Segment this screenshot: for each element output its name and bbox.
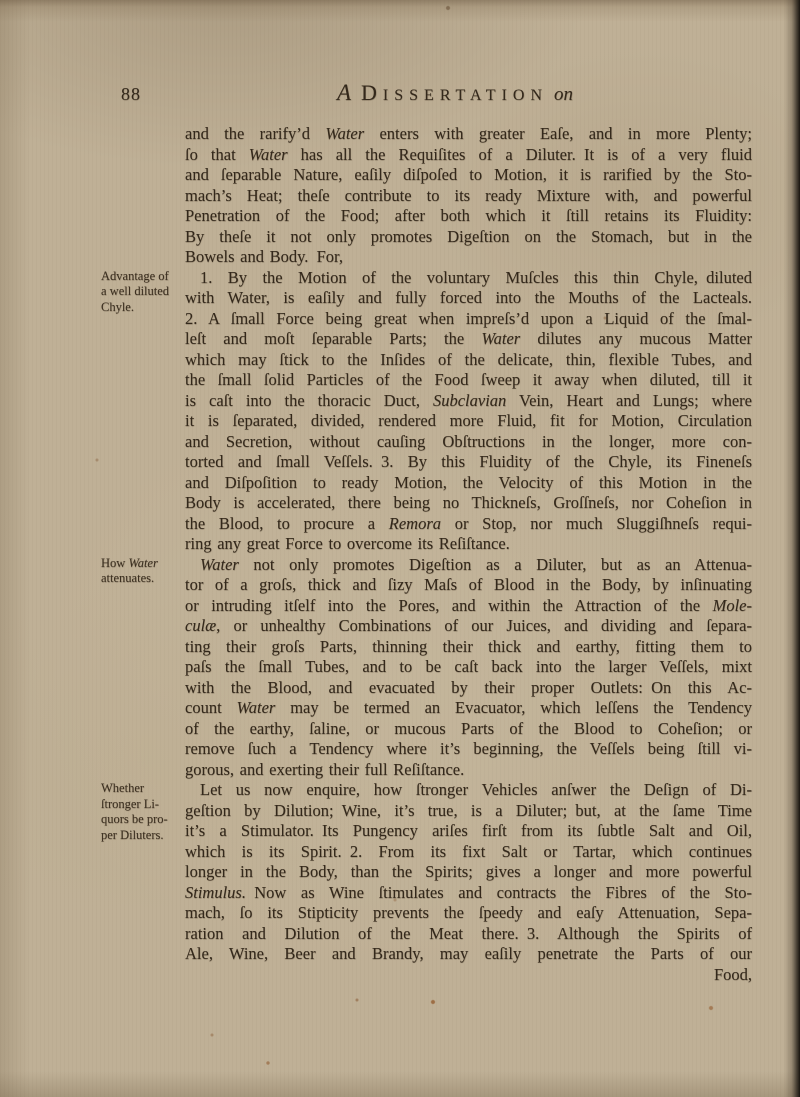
text: longer in the Body, than the Spirits; gi… — [185, 862, 752, 881]
italic-text: Water — [128, 556, 157, 570]
text-line: and ſeparable Nature, eaſily diſpoſed to… — [185, 165, 752, 186]
text: which may ſtick to the Inſides of the de… — [185, 350, 752, 369]
text-line: and Diſpoſition to ready Motion, the Vel… — [185, 473, 752, 494]
text-line: torted and ſmall Veſſels. 3. By this Flu… — [185, 452, 752, 473]
margin-note-line: How Water — [101, 556, 181, 572]
text: with the Blood, and evacuated by their p… — [185, 678, 752, 697]
text-line: it’s a Stimulator. Its Pungency ariſes f… — [185, 821, 752, 842]
text-line: ſo that Water has all the Requiſites of … — [185, 145, 752, 166]
text: Food, — [714, 965, 752, 984]
text-line: By theſe it not only promotes Digeſtion … — [185, 227, 752, 248]
text-line: is caſt into the thoracic Duct, Subclavi… — [185, 391, 752, 412]
text-line: and Secretion, without cauſing Obſtructi… — [185, 432, 752, 453]
text: ration and Dilution of the Meat there. 3… — [185, 924, 752, 943]
text-line: Bowels and Body. For, — [185, 247, 752, 268]
text: and the rarify’d — [185, 124, 325, 143]
text: By theſe it not only promotes Digeſtion … — [185, 227, 752, 246]
text-line: mach, ſo its Stipticity prevents the ſpe… — [185, 903, 752, 924]
paragraph: Whetherſtronger Li-quors be pro-per Dilu… — [185, 780, 752, 985]
margin-note: How Waterattenuates. — [101, 556, 181, 587]
text: count — [185, 698, 237, 717]
text-line: which is its Spirit. 2. From its fixt Sa… — [185, 842, 752, 863]
text: mach’s Heat; theſe contribute to its rea… — [185, 186, 752, 205]
text: quors be pro- — [101, 812, 168, 826]
text: per Diluters. — [101, 828, 163, 842]
text: it’s a Stimulator. Its Pungency ariſes f… — [185, 821, 752, 840]
text: and Diſpoſition to ready Motion, the Vel… — [185, 473, 752, 492]
text: is caſt into the thoracic Duct, — [185, 391, 433, 410]
text-line: remove ſuch a Tendency where it’s beginn… — [185, 739, 752, 760]
text: the Blood, to procure a — [185, 514, 389, 533]
margin-note-line: per Diluters. — [101, 828, 181, 844]
italic-text: Water — [237, 698, 276, 717]
italic-text: Water — [200, 555, 239, 574]
text: Whether — [101, 781, 144, 795]
text-line: mach’s Heat; theſe contribute to its rea… — [185, 186, 752, 207]
italic-text: Mole- — [713, 596, 752, 615]
text-line: ration and Dilution of the Meat there. 3… — [185, 924, 752, 945]
text-line: it is ſeparated, divided, rendered more … — [185, 411, 752, 432]
text-line: count Water may be termed an Evacuator, … — [185, 698, 752, 719]
text-line: with the Blood, and evacuated by their p… — [185, 678, 752, 699]
text: it is ſeparated, divided, rendered more … — [185, 411, 752, 430]
text: Vein, Heart and Lungs; where — [506, 391, 752, 410]
italic-text: Subclavian — [433, 391, 506, 410]
text: ſo that — [185, 145, 249, 164]
text: ſtronger Li- — [101, 797, 159, 811]
text-line: Water not only promotes Digeſtion as a D… — [185, 555, 752, 576]
text-line: which may ſtick to the Inſides of the de… — [185, 350, 752, 371]
text-line: longer in the Body, than the Spirits; gi… — [185, 862, 752, 883]
italic-text: Remora — [389, 514, 441, 533]
text-line: Penetration of the Food; after both whic… — [185, 206, 752, 227]
text: gorous, and exerting their full Reſiſtan… — [185, 760, 464, 779]
text: the ſmall ſolid Particles of the Food ſw… — [185, 370, 752, 389]
italic-text: Stimulus. — [185, 883, 246, 902]
italic-text: Water — [249, 145, 288, 164]
text: mach, ſo its Stipticity prevents the ſpe… — [185, 903, 752, 922]
paragraph: How Waterattenuates.Water not only promo… — [185, 555, 752, 781]
text-line: or intruding itſelf into the Pores, and … — [185, 596, 752, 617]
text: and ſeparable Nature, eaſily diſpoſed to… — [185, 165, 752, 184]
text: Let us now enquire, how ſtronger Vehicle… — [200, 780, 752, 799]
text-line: ting their groſs Parts, thinning their t… — [185, 637, 752, 658]
text: has all the Requiſites of a Diluter. It … — [288, 145, 752, 164]
text-line: culæ, or unhealthy Combinations of our J… — [185, 616, 752, 637]
text: torted and ſmall Veſſels. 3. By this Flu… — [185, 452, 752, 471]
margin-note-line: ſtronger Li- — [101, 797, 181, 813]
text: Now as Wine ſtimulates and contracts the… — [246, 883, 752, 902]
text-line: the Blood, to procure a Remora or Stop, … — [185, 514, 752, 535]
text: ting their groſs Parts, thinning their t… — [185, 637, 752, 656]
text: or intruding itſelf into the Pores, and … — [185, 596, 713, 615]
page-number: 88 — [121, 84, 141, 105]
body-text: and the rarify’d Water enters with great… — [185, 124, 752, 985]
running-header-word: Dissertation — [361, 80, 548, 106]
italic-text: culæ — [185, 616, 216, 635]
text: remove ſuch a Tendency where it’s beginn… — [185, 739, 752, 758]
italic-text: Water — [325, 124, 364, 143]
catchword: Food, — [185, 965, 752, 986]
text: may be termed an Evacuator, which leſſen… — [275, 698, 752, 717]
text-line: geſtion by Dilution; Wine, it’s true, is… — [185, 801, 752, 822]
text: leſt and moſt ſeparable Parts; the — [185, 329, 481, 348]
text: geſtion by Dilution; Wine, it’s true, is… — [185, 801, 752, 820]
text-line: of the earthy, ſaline, or mucous Parts o… — [185, 719, 752, 740]
text-line: Ale, Wine, Beer and Brandy, may eaſily p… — [185, 944, 752, 965]
text: Ale, Wine, Beer and Brandy, may eaſily p… — [185, 944, 752, 963]
margin-note-line: a well diluted — [101, 284, 181, 300]
margin-note: Advantage ofa well dilutedChyle. — [101, 269, 181, 316]
margin-note: Whetherſtronger Li-quors be pro-per Dilu… — [101, 781, 181, 843]
text-line: ring any great Force to overcome its Reſ… — [185, 534, 752, 555]
running-header-suffix: on — [554, 84, 573, 105]
text: Chyle. — [101, 300, 134, 314]
text: Advantage of — [101, 269, 169, 283]
text-line: 2. A ſmall Force being great when impreſ… — [185, 309, 752, 330]
text: Bowels and Body. For, — [185, 247, 343, 266]
italic-text: Water — [481, 329, 520, 348]
text: enters with greater Eaſe, and in more Pl… — [364, 124, 752, 143]
margin-note-line: Advantage of — [101, 269, 181, 285]
margin-note-line: Chyle. — [101, 300, 181, 316]
text: Body is accelerated, there being no Thic… — [185, 493, 752, 512]
margin-note-line: Whether — [101, 781, 181, 797]
text: not only promotes Digeſtion as a Diluter… — [239, 555, 752, 574]
text-line: Let us now enquire, how ſtronger Vehicle… — [185, 780, 752, 801]
text: How — [101, 556, 128, 570]
margin-note-line: quors be pro- — [101, 812, 181, 828]
text: or Stop, nor much Sluggiſhneſs requi- — [441, 514, 752, 533]
text: 2. A ſmall Force being great when impreſ… — [185, 309, 752, 328]
text: paſs the ſmall Tubes, and to be caſt bac… — [185, 657, 752, 676]
text-line: paſs the ſmall Tubes, and to be caſt bac… — [185, 657, 752, 678]
text: of the earthy, ſaline, or mucous Parts o… — [185, 719, 752, 738]
text: Penetration of the Food; after both whic… — [185, 206, 752, 225]
text: a well diluted — [101, 284, 169, 298]
book-page: 88 ADissertationon and the rarify’d Wate… — [0, 0, 800, 1097]
text: ring any great Force to overcome its Reſ… — [185, 534, 510, 553]
text: , or unhealthy Combinations of our Juice… — [216, 616, 752, 635]
running-header-prefix: A — [337, 80, 351, 105]
text: which is its Spirit. 2. From its fixt Sa… — [185, 842, 752, 861]
text: and Secretion, without cauſing Obſtructi… — [185, 432, 752, 451]
running-header: ADissertationon — [185, 80, 725, 106]
text-line: 1. By the Motion of the voluntary Muſcle… — [185, 268, 752, 289]
text: attenuates. — [101, 571, 154, 585]
text: with Water, is eaſily and fully forced i… — [185, 288, 752, 307]
paragraph: and the rarify’d Water enters with great… — [185, 124, 752, 268]
text-line: Body is accelerated, there being no Thic… — [185, 493, 752, 514]
text-line: with Water, is eaſily and fully forced i… — [185, 288, 752, 309]
margin-note-line: attenuates. — [101, 571, 181, 587]
text: tor of a groſs, thick and ſizy Maſs of B… — [185, 575, 752, 594]
text-line: gorous, and exerting their full Reſiſtan… — [185, 760, 752, 781]
text-line: the ſmall ſolid Particles of the Food ſw… — [185, 370, 752, 391]
text-line: tor of a groſs, thick and ſizy Maſs of B… — [185, 575, 752, 596]
text-line: and the rarify’d Water enters with great… — [185, 124, 752, 145]
text-line: leſt and moſt ſeparable Parts; the Water… — [185, 329, 752, 350]
text: 1. By the Motion of the voluntary Muſcle… — [200, 268, 752, 287]
text: dilutes any mucous Matter — [520, 329, 752, 348]
paragraph: Advantage ofa well dilutedChyle.1. By th… — [185, 268, 752, 555]
text-line: Stimulus. Now as Wine ſtimulates and con… — [185, 883, 752, 904]
